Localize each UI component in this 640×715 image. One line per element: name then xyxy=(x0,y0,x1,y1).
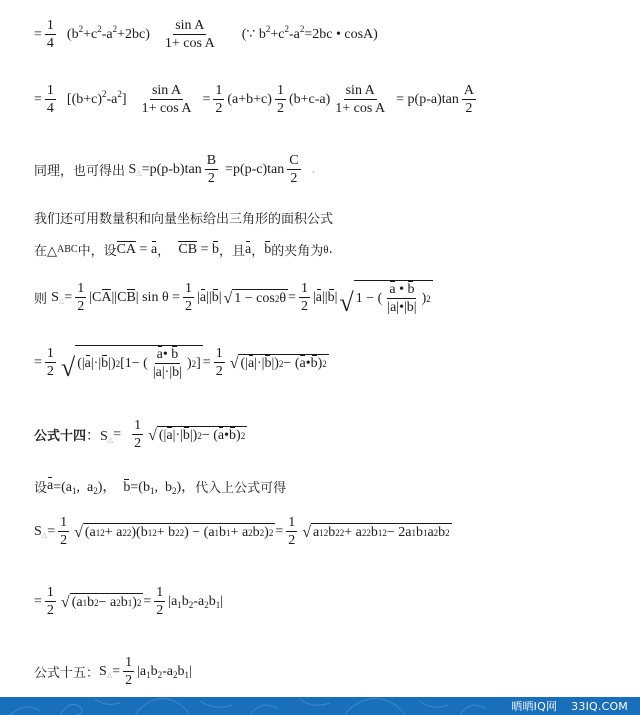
fraction-half: 1 2 xyxy=(286,515,297,549)
square-root: √(|a|·|b|)2[1− (a• b|a|·|b|)2 ] xyxy=(61,345,203,381)
square-root: √a12b22 + a22b12 − 2a1b1a2b2 xyxy=(302,523,451,541)
expression: (b2+c2-a2+2bc) xyxy=(67,27,150,43)
equation-line-6: = 1 2 √(a1b2 − a2b1)2 = 1 2 |a1b2-a2b1| xyxy=(34,585,223,619)
fraction-half: 1 2 xyxy=(214,346,225,380)
fraction-half: 1 2 xyxy=(299,281,310,315)
similarly-text: 同理，也可得出 xyxy=(34,160,125,179)
equals-sign: = xyxy=(34,27,42,43)
square-root: √(|a|·|b|)2 − (a • b)2 xyxy=(230,354,329,372)
square-root: √1 − (a • b|a|•|b|)2 xyxy=(339,280,432,316)
fraction-sin-over-cos: sin A 1+ cos A xyxy=(163,18,217,52)
fraction-half: 1 2 xyxy=(58,515,69,549)
brand-url: 33IQ.COM xyxy=(571,700,628,713)
square-root: √(a12 + a22)(b12 + b22) − (a1b1 + a2b2)2 xyxy=(74,523,275,541)
fraction-half: 1 2 xyxy=(45,585,56,619)
fraction-sin-over-cos: sin A 1+ cos A xyxy=(140,83,194,117)
fraction-a-over-2: A 2 xyxy=(462,83,476,117)
fraction-half: 1 2 xyxy=(275,83,286,117)
fraction-b-over-2: B 2 xyxy=(205,153,218,187)
footer-watermark-banner: 晒晒IQ网33IQ.COM xyxy=(0,697,640,715)
fraction-half: 1 2 xyxy=(213,83,224,117)
equation-line-5: S△ = 1 2 √(a12 + a22)(b12 + b22) − (a1b1… xyxy=(34,515,452,549)
equation-line-4: = 1 2 √(|a|·|b|)2[1− (a• b|a|·|b|)2 ] = … xyxy=(34,345,329,381)
expression: [(b+c)2-a2] xyxy=(67,92,127,108)
intro-text: 我们还可用数量积和向量坐标给出三角形的面积公式 xyxy=(34,208,333,227)
fraction-half: 1 2 xyxy=(154,585,165,619)
fraction-half: 1 2 xyxy=(183,281,194,315)
fraction-half: 1 2 xyxy=(123,655,134,689)
square-root: √(a1b2 − a2b1)2 xyxy=(61,593,143,611)
equation-line-3: 则 S△ = 1 2 |CA||CB| sin θ = 1 2 |a||b| √… xyxy=(34,280,433,316)
fraction-one-quarter: 1 4 xyxy=(45,18,56,52)
square-root: √1 − cos2 θ xyxy=(224,289,289,307)
fraction-half: 1 2 xyxy=(45,346,56,380)
fraction-c-over-2: C 2 xyxy=(287,153,300,187)
site-brand: 晒晒IQ网33IQ.COM xyxy=(511,698,628,714)
formula-15: 公式十五：S△ = 1 2 |a1b2-a2b1| xyxy=(34,655,192,689)
because-note: (∵ b2+c2-a2=2bc • cosA) xyxy=(242,26,378,43)
similarly-line: 同理，也可得出 S△ =p(p-b)tan B 2 =p(p-c)tan C 2… xyxy=(34,153,315,187)
fraction-half: 1 2 xyxy=(75,281,86,315)
formula-14: 公式十四：S△ = 1 2 √(|a|·|b|)2 − (a• b)2 xyxy=(34,418,247,452)
setup-line: 在△ABC 中，设 CA = a， CB = b，且 a， b的夹角为θ . xyxy=(34,240,333,259)
brand-name: 晒晒IQ网 xyxy=(511,700,557,713)
equation-line-1: = 1 4 (b2+c2-a2+2bc) sin A 1+ cos A (∵ b… xyxy=(34,18,378,52)
coordinates-line: 设 a=(a1, a2)， b=(b1, b2)，代入上公式可得 xyxy=(34,476,286,496)
square-root: √(|a|·|b|)2 − (a• b)2 xyxy=(148,426,247,444)
fraction-one-quarter: 1 4 xyxy=(45,83,56,117)
fraction-half: 1 2 xyxy=(132,418,143,452)
equation-line-2: = 1 4 [(b+c)2-a2] sin A 1+ cos A = 1 2 (… xyxy=(34,83,479,117)
fraction-sin-over-cos: sin A 1+ cos A xyxy=(333,83,387,117)
